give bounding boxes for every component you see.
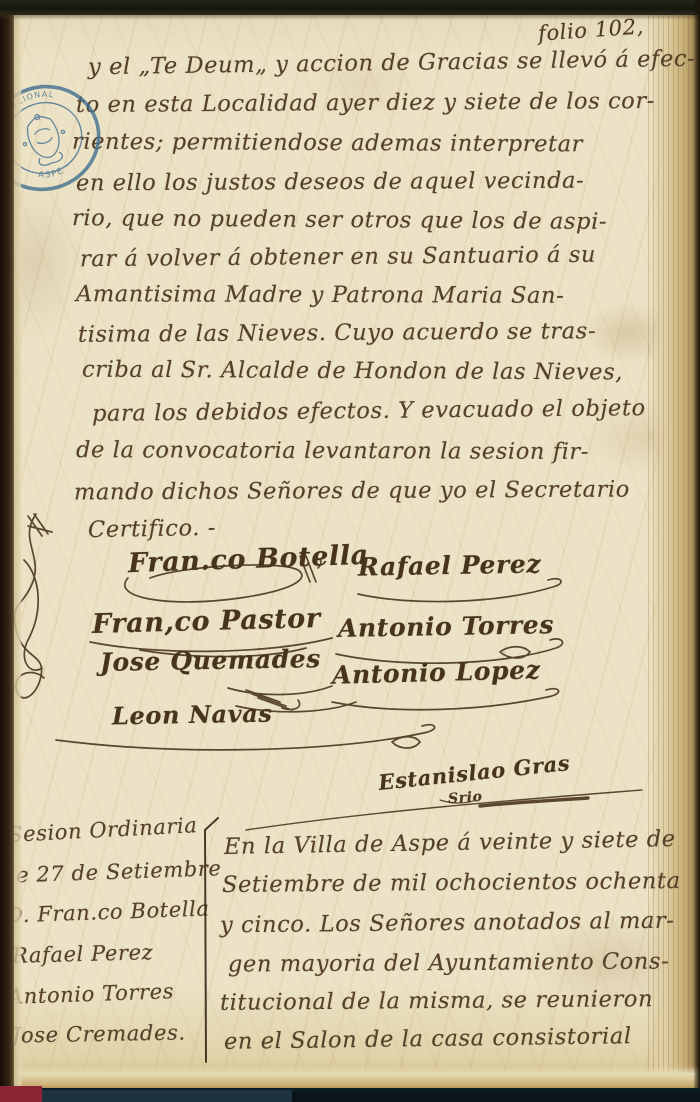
manuscript-line: tisima de las Nieves. Cuyo acuerdo se tr… [78,318,596,348]
manuscript-line: Amantisima Madre y Patrona Maria San- [76,281,564,309]
signature: Leon Navas [112,699,273,731]
entry-line: titucional de la misma, se reunieron [220,986,653,1016]
signature: Rafael Perez [358,549,542,581]
manuscript-line: Certifico. - [88,515,216,543]
entry-line: gen mayoria del Ayuntamiento Cons- [228,948,669,977]
margin-note: Jose Cremades. [12,1020,186,1047]
manuscript-line: de la convocatoria levantaron la sesion … [76,437,589,465]
entry-line: Setiembre de mil ochocientos ochenta [222,868,681,898]
book-cover-teal [42,1090,292,1102]
signature: Fran,co Pastor [92,603,321,640]
book-right-shadow [694,0,700,1102]
entry-line: y cinco. Los Señores anotados al mar- [220,908,675,939]
signature: Antonio Torres [338,610,554,643]
signature: Jose Quemades [100,644,321,677]
manuscript-line: rio, que no pueden ser otros que los de … [72,205,607,235]
signature: Antonio Lopez [332,655,541,689]
book-cover-red-left [0,1086,42,1102]
manuscript-line: rientes; permitiendose ademas interpreta… [72,129,583,158]
manuscript-line: en ello los justos deseos de aquel vecin… [76,168,584,197]
book-top-edge [0,0,700,15]
table-shadow-right [292,1092,700,1102]
scanned-manuscript-page: folio 102, y el „Te Deum„ y accion de Gr… [0,0,700,1102]
secretary-title-abbrev: Srio [447,789,483,807]
inner-gutter-highlight [14,0,22,1102]
manuscript-line: mando dichos Señores de que yo el Secret… [74,477,630,506]
book-binding-edge [0,0,14,1102]
margin-note: Rafael Perez [12,940,154,968]
manuscript-line: criba al Sr. Alcalde de Hondon de las Ni… [82,357,623,386]
manuscript-line: to en esta Localidad ayer diez y siete d… [76,88,655,118]
manuscript-line: rar á volver á obtener en su Santuario á… [80,242,596,273]
